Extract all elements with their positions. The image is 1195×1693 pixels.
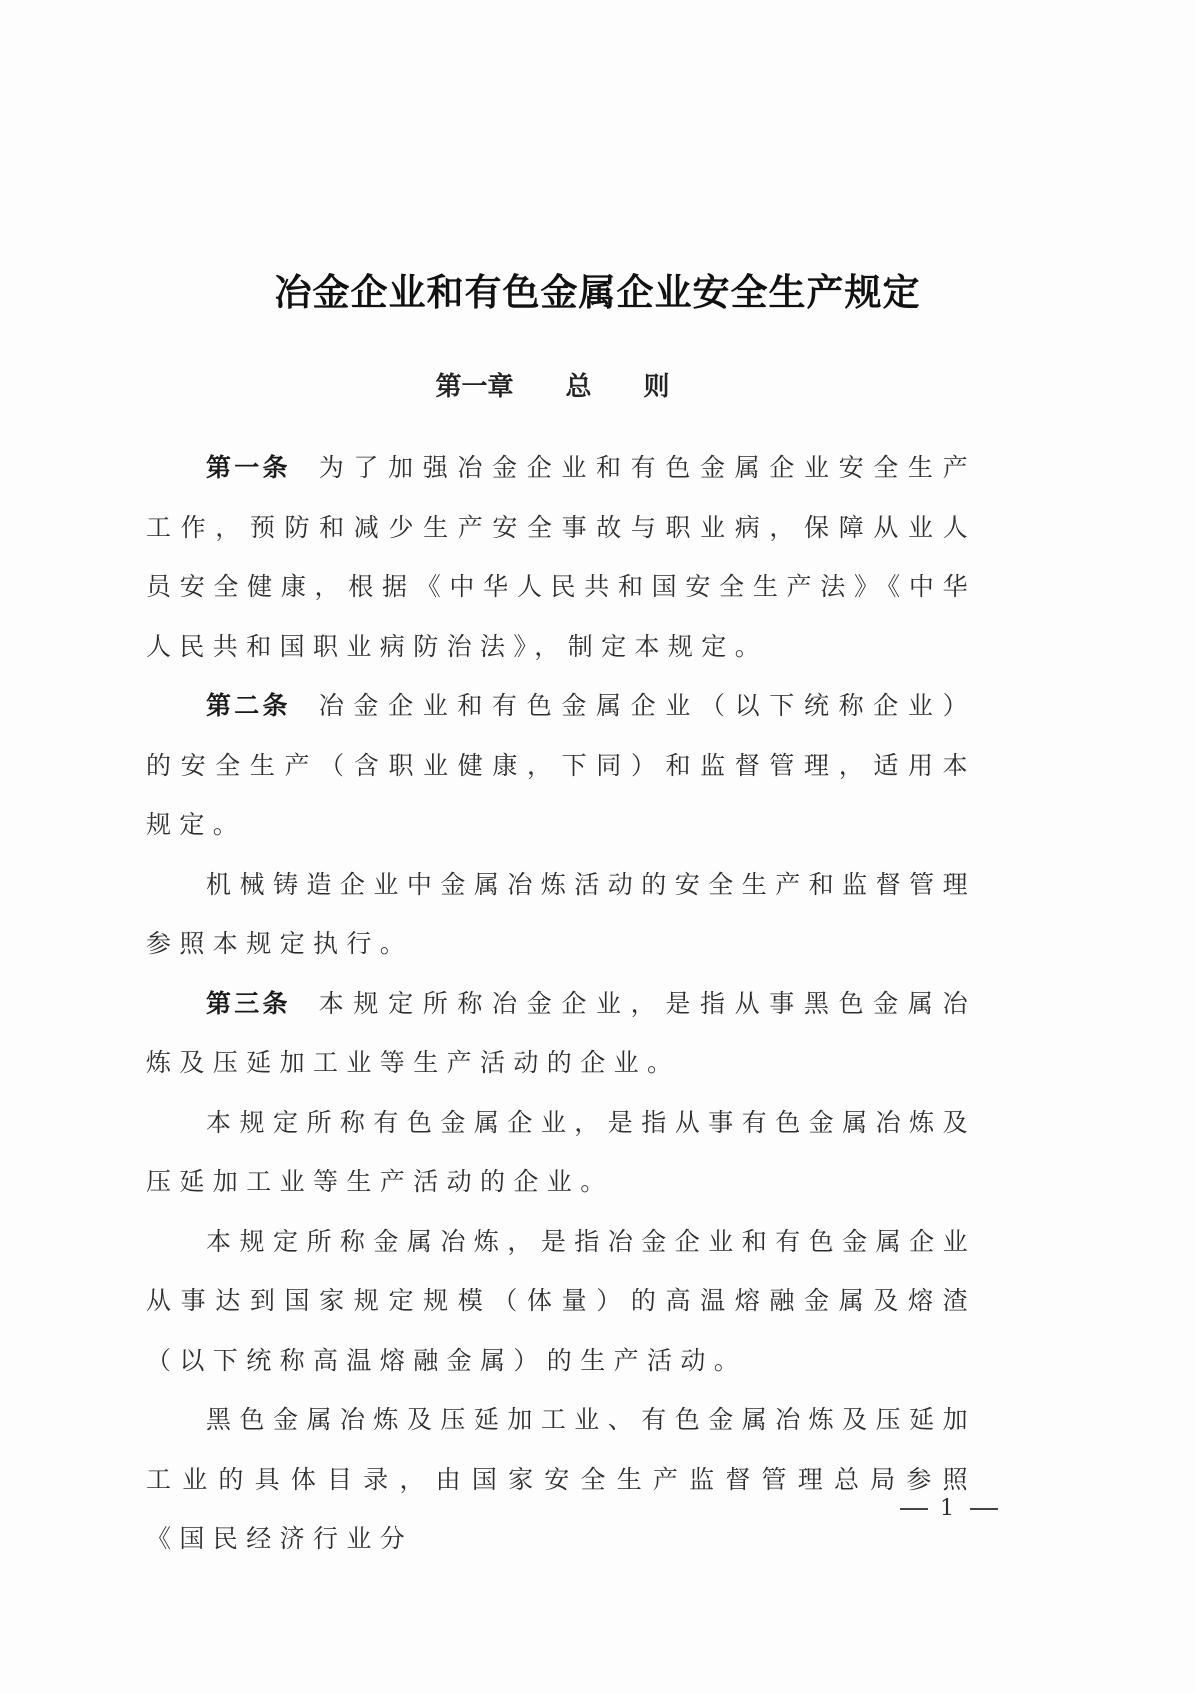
paragraph-text: 黑色金属冶炼及压延加工业、有色金属冶炼及压延加工业的具体目录，由国家安全生产监督… xyxy=(146,1405,976,1553)
article-label: 第三条 xyxy=(206,989,291,1018)
article-paragraph: 第一条为了加强冶金企业和有色金属企业安全生产工作，预防和减少生产安全事故与职业病… xyxy=(146,438,976,676)
page-number-value: 1 xyxy=(940,1496,958,1521)
paragraph-text: 本规定所称金属冶炼，是指冶金企业和有色金属企业从事达到国家规定规模（体量）的高温… xyxy=(146,1227,976,1375)
dash-left xyxy=(900,1508,928,1510)
chapter-number: 第一章 xyxy=(435,366,513,403)
chapter-heading: 第一章总则 xyxy=(0,366,1105,403)
paragraph: 机械铸造企业中金属冶炼活动的安全生产和监督管理参照本规定执行。 xyxy=(146,855,976,974)
page-number: 1 xyxy=(900,1496,998,1521)
document-page: 冶金企业和有色金属企业安全生产规定 第一章总则 第一条为了加强冶金企业和有色金属… xyxy=(0,0,1195,1693)
document-title: 冶金企业和有色金属企业安全生产规定 xyxy=(0,262,1195,316)
article-paragraph: 第二条冶金企业和有色金属企业（以下统称企业）的安全生产（含职业健康，下同）和监督… xyxy=(146,676,976,855)
paragraph-text: 为了加强冶金企业和有色金属企业安全生产工作，预防和减少生产安全事故与职业病，保障… xyxy=(146,453,976,661)
paragraph-text: 机械铸造企业中金属冶炼活动的安全生产和监督管理参照本规定执行。 xyxy=(146,870,976,959)
paragraph-text: 本规定所称有色金属企业，是指从事有色金属冶炼及压延加工业等生产活动的企业。 xyxy=(146,1108,976,1197)
chapter-name-part1: 总 xyxy=(565,366,591,403)
chapter-name-part2: 则 xyxy=(644,366,670,403)
article-paragraph: 第三条本规定所称冶金企业，是指从事黑色金属冶炼及压延加工业等生产活动的企业。 xyxy=(146,974,976,1093)
dash-right xyxy=(970,1508,998,1510)
paragraph: 本规定所称有色金属企业，是指从事有色金属冶炼及压延加工业等生产活动的企业。 xyxy=(146,1093,976,1212)
paragraph: 本规定所称金属冶炼，是指冶金企业和有色金属企业从事达到国家规定规模（体量）的高温… xyxy=(146,1212,976,1391)
paragraph: 黑色金属冶炼及压延加工业、有色金属冶炼及压延加工业的具体目录，由国家安全生产监督… xyxy=(146,1390,976,1569)
document-body: 第一条为了加强冶金企业和有色金属企业安全生产工作，预防和减少生产安全事故与职业病… xyxy=(146,438,976,1569)
article-label: 第一条 xyxy=(206,453,291,482)
article-label: 第二条 xyxy=(206,691,291,720)
